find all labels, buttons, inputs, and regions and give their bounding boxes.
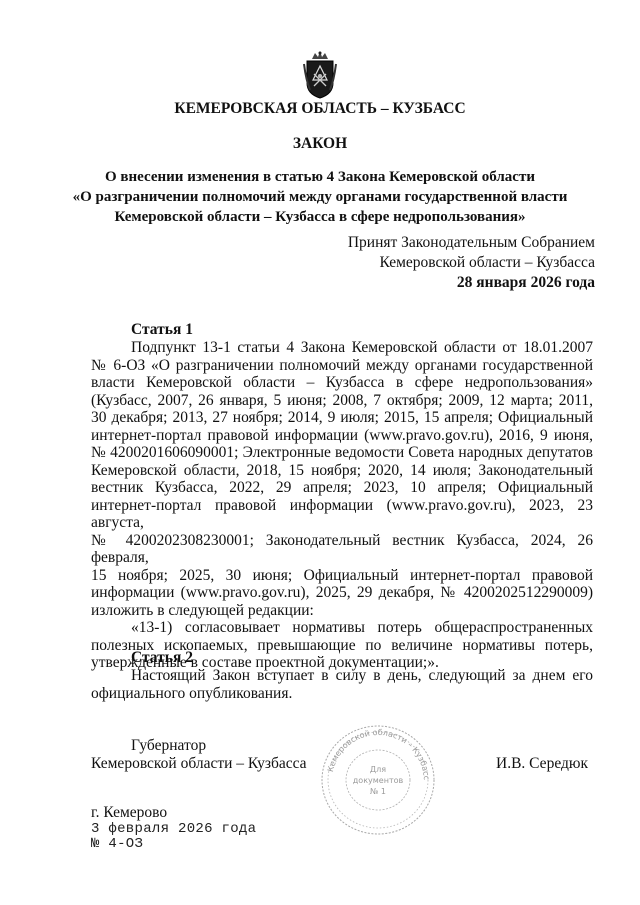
stamp-inner-line: Для bbox=[370, 765, 386, 774]
text-line: информации (www.pravo.gov.ru), 2025, 29 … bbox=[91, 584, 593, 602]
text-line: Настоящий Закон вступает в силу в день, … bbox=[91, 667, 593, 685]
stamp-inner-line: № 1 bbox=[370, 787, 386, 796]
text-line: № 6-ОЗ «О разграничении полномочий между… bbox=[91, 357, 593, 375]
signatory-position: Губернатор Кемеровской области – Кузбасс… bbox=[91, 737, 307, 773]
text-line: (Кузбасс, 2007, 26 января, 5 июня; 2008,… bbox=[91, 392, 593, 410]
text-line: официального опубликования. bbox=[91, 685, 593, 703]
position-title: Губернатор bbox=[91, 737, 307, 755]
adoption-date: 28 января 2026 года bbox=[348, 273, 595, 293]
text-line: № 4200201606090001; Электронные ведомост… bbox=[91, 444, 593, 462]
adoption-block: Принят Законодательным Собранием Кемеров… bbox=[348, 233, 595, 293]
stamp-inner-line: документов bbox=[353, 776, 404, 785]
region-heading: КЕМЕРОВСКАЯ ОБЛАСТЬ – КУЗБАСС bbox=[0, 100, 640, 118]
signatory-name: И.В. Середюк bbox=[496, 755, 588, 773]
law-title-line: «О разграничении полномочий между органа… bbox=[0, 187, 640, 207]
text-line: интернет-портал правовой информации (www… bbox=[91, 497, 593, 532]
law-document-page: КЕМЕРОВСКАЯ ОБЛАСТЬ – КУЗБАСС ЗАКОН О вн… bbox=[0, 0, 640, 905]
article-1-heading: Статья 1 bbox=[131, 321, 193, 339]
city: г. Кемерово bbox=[91, 804, 167, 822]
document-type: ЗАКОН bbox=[0, 135, 640, 153]
position-region: Кемеровской области – Кузбасса bbox=[91, 755, 307, 773]
article-2-heading: Статья 2 bbox=[131, 649, 193, 667]
text-line: интернет-портал правовой информации (www… bbox=[91, 427, 593, 445]
coat-of-arms-icon bbox=[300, 50, 340, 100]
law-title-line: Кемеровской области – Кузбасса в сфере н… bbox=[0, 207, 640, 227]
text-line: 30 декабря; 2013, 27 ноября; 2014, 9 июл… bbox=[91, 409, 593, 427]
law-title: О внесении изменения в статью 4 Закона К… bbox=[0, 167, 640, 227]
quote-line: «13-1) согласовывает нормативы потерь об… bbox=[91, 619, 593, 637]
law-title-line: О внесении изменения в статью 4 Закона К… bbox=[0, 167, 640, 187]
text-line: № 4200202308230001; Законодательный вест… bbox=[91, 532, 593, 567]
article-2-body: Настоящий Закон вступает в силу в день, … bbox=[91, 667, 593, 702]
text-line: вестник Кузбасса, 2022, 29 апреля; 2023,… bbox=[91, 479, 593, 497]
signing-date: 3 февраля 2026 года bbox=[91, 821, 256, 837]
official-seal-stamp: Кемеровской области – Кузбасса Для докум… bbox=[318, 723, 438, 838]
law-number: № 4-ОЗ bbox=[91, 836, 143, 852]
text-line: Подпункт 13-1 статьи 4 Закона Кемеровско… bbox=[91, 339, 593, 357]
text-line: изложить в следующей редакции: bbox=[91, 602, 593, 620]
text-line: власти Кемеровской области – Кузбасса в … bbox=[91, 374, 593, 392]
adoption-line: Кемеровской области – Кузбасса bbox=[348, 253, 595, 273]
text-line: 15 ноября; 2025, 30 июня; Официальный ин… bbox=[91, 567, 593, 585]
text-line: Кемеровской области, 2018, 15 ноября; 20… bbox=[91, 462, 593, 480]
adoption-line: Принят Законодательным Собранием bbox=[348, 233, 595, 253]
article-1-body: Подпункт 13-1 статьи 4 Закона Кемеровско… bbox=[91, 339, 593, 672]
